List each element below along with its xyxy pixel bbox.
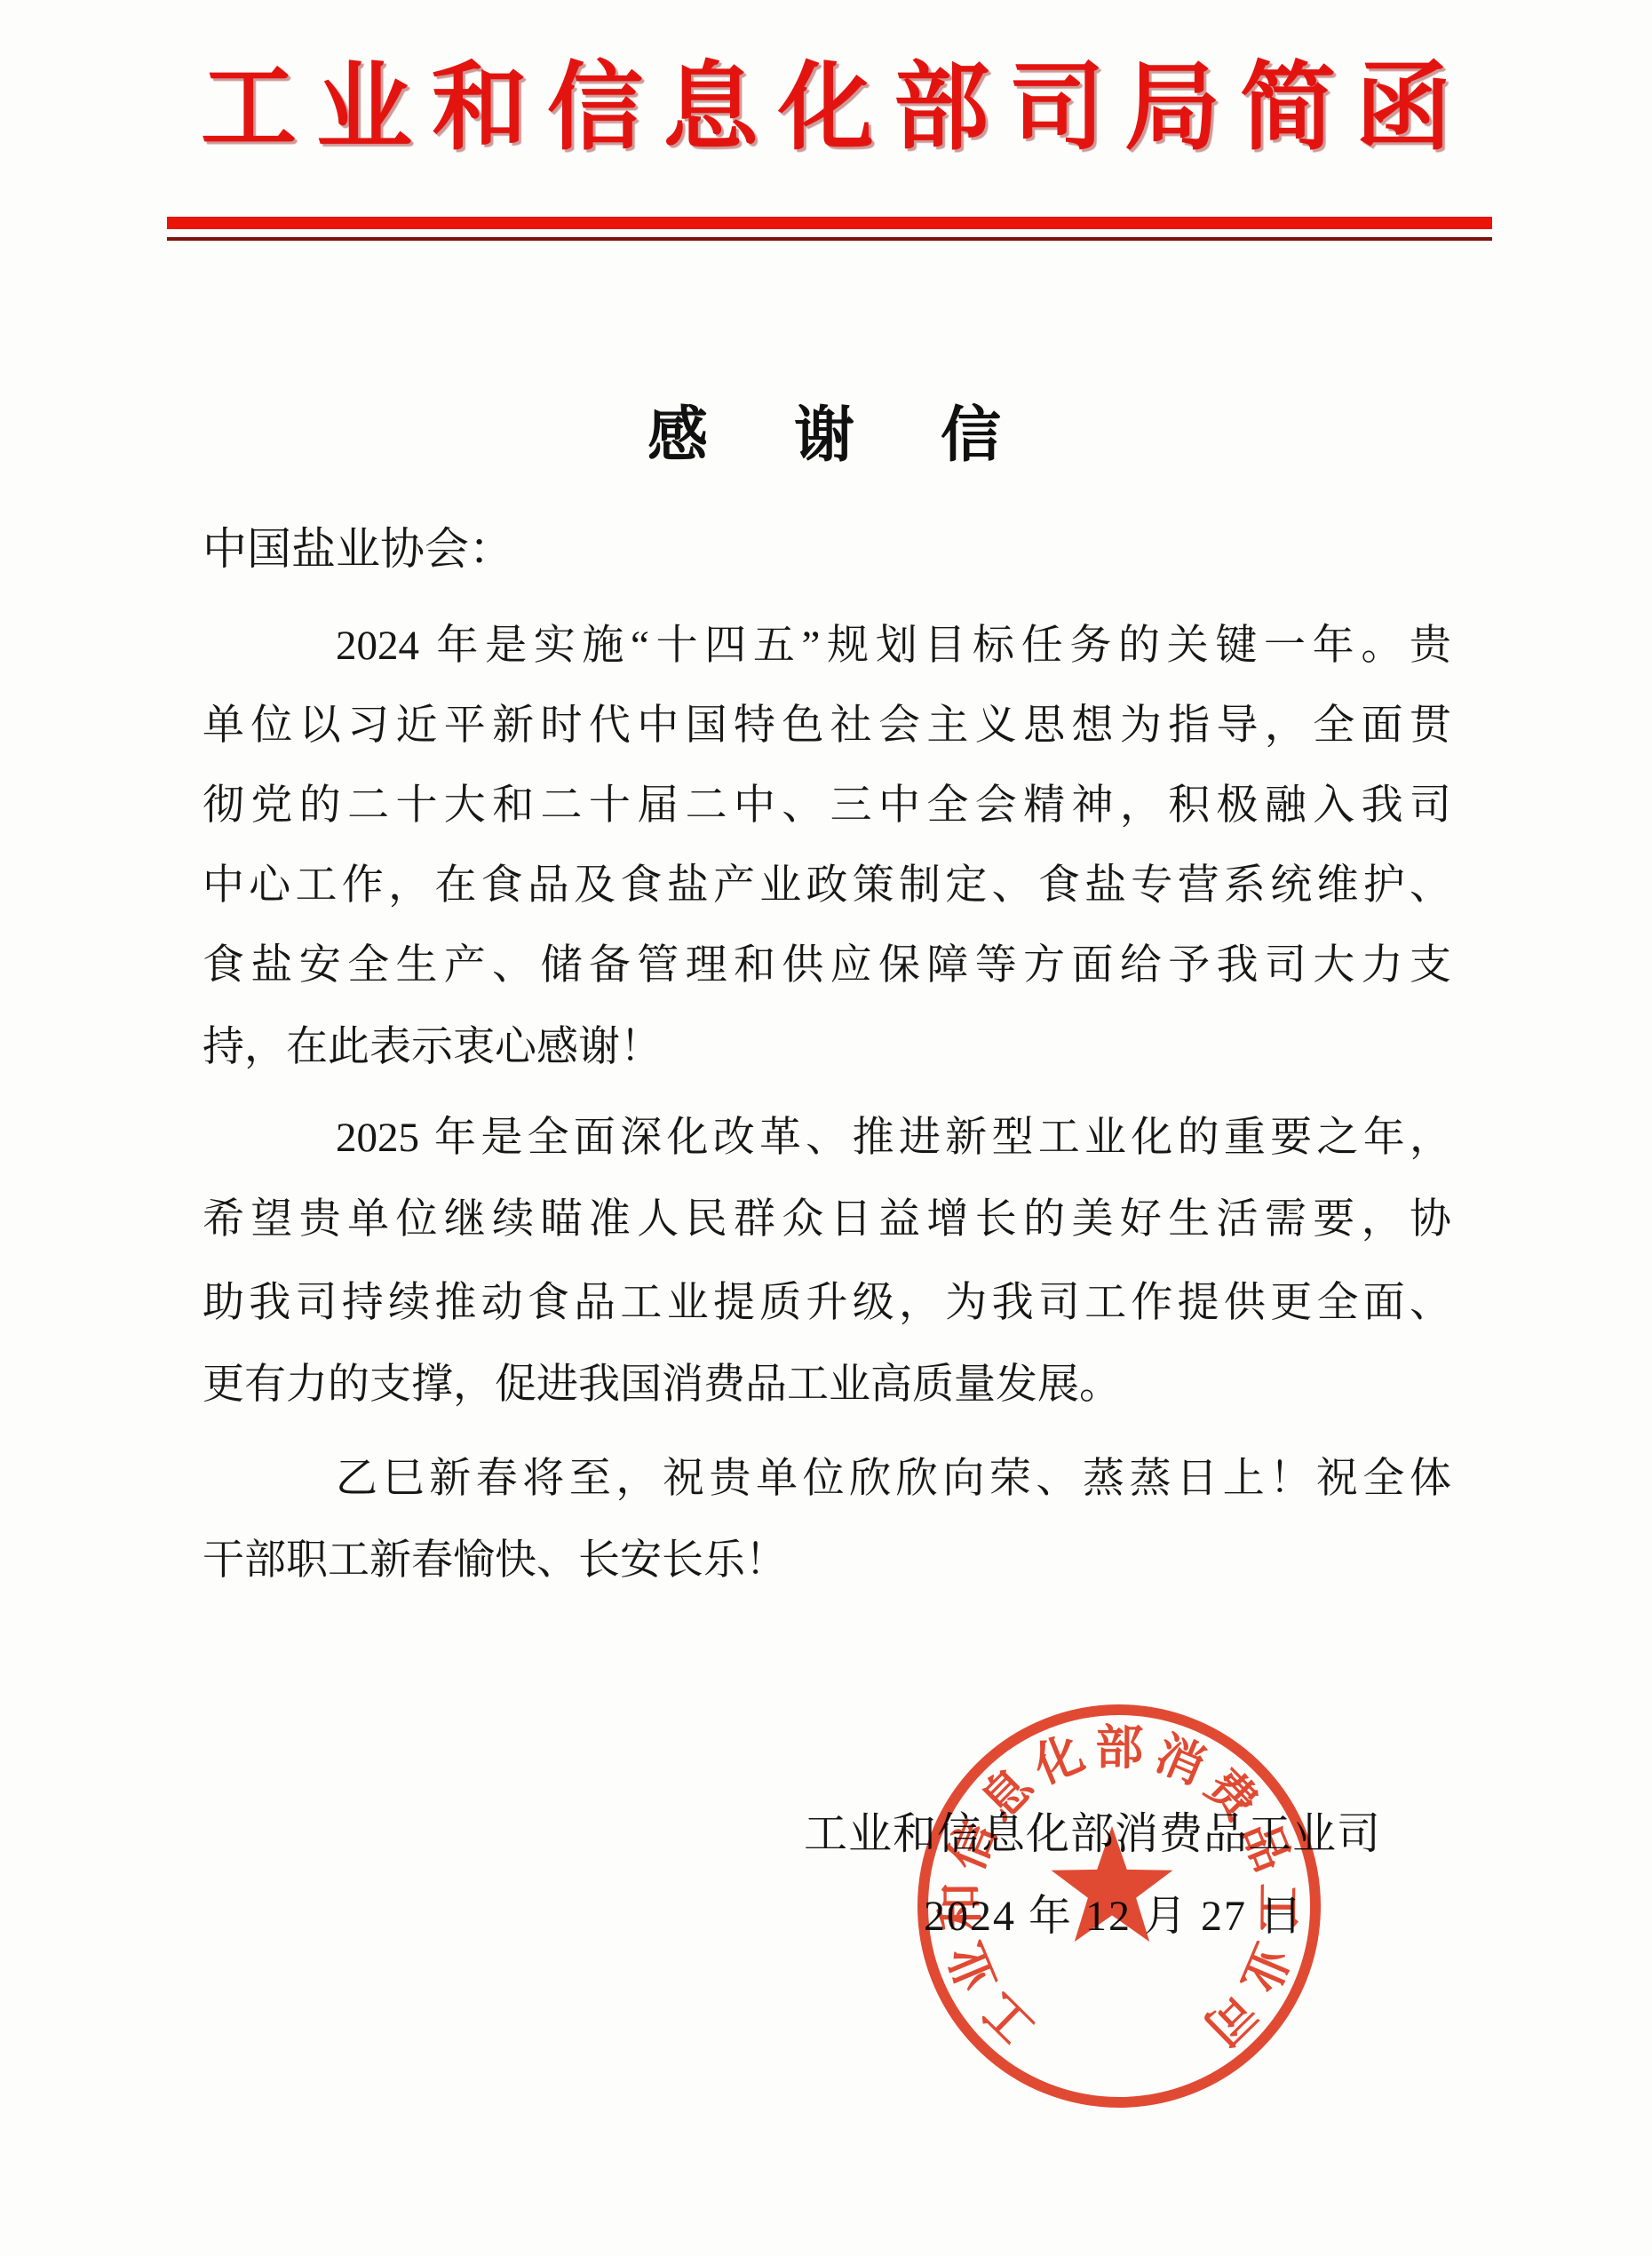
body-line: 干部职工新春愉快、长安长乐！	[203, 1535, 1451, 1587]
letterhead-rule-thick	[167, 217, 1492, 229]
body-line: 持，在此表示衷心感谢！	[203, 1021, 1451, 1074]
letterhead-title: 工业和信息化部司局简函	[0, 30, 1652, 168]
seal-star-icon	[1052, 1826, 1173, 1942]
document-title: 感 谢 信	[0, 387, 1652, 473]
body-line: 2024 年是实施“十四五”规划目标任务的关键一年。贵	[203, 620, 1451, 672]
body-line: 更有力的支撑，促进我国消费品工业高质量发展。	[203, 1359, 1451, 1411]
body-line: 2025 年是全面深化改革、推进新型工业化的重要之年，	[203, 1112, 1451, 1164]
scanned-letter-page: 工业和信息化部司局简函 感 谢 信 中国盐业协会： 2024 年是实施“十四五”…	[0, 0, 1652, 2256]
body-line: 希望贵单位继续瞄准人民群众日益增长的美好生活需要，协	[203, 1194, 1451, 1246]
letterhead-rule-thin	[167, 237, 1492, 241]
body-line: 彻党的二十大和二十届二中、三中全会精神，积极融入我司	[203, 780, 1451, 832]
body-line: 单位以习近平新时代中国特色社会主义思想为指导，全面贯	[203, 700, 1451, 752]
body-line: 食盐安全生产、储备管理和供应保障等方面给予我司大力支	[203, 940, 1451, 992]
body-line: 乙巳新春将至，祝贵单位欣欣向荣、蒸蒸日上！祝全体	[203, 1453, 1451, 1505]
salutation: 中国盐业协会：	[203, 513, 513, 577]
body-line: 中心工作，在食品及食盐产业政策制定、食盐专营系统维护、	[203, 860, 1451, 912]
official-seal: 工业和信息化部消费品工业司	[915, 1702, 1323, 2110]
body-line: 助我司持续推动食品工业提质升级，为我司工作提供更全面、	[203, 1277, 1451, 1330]
